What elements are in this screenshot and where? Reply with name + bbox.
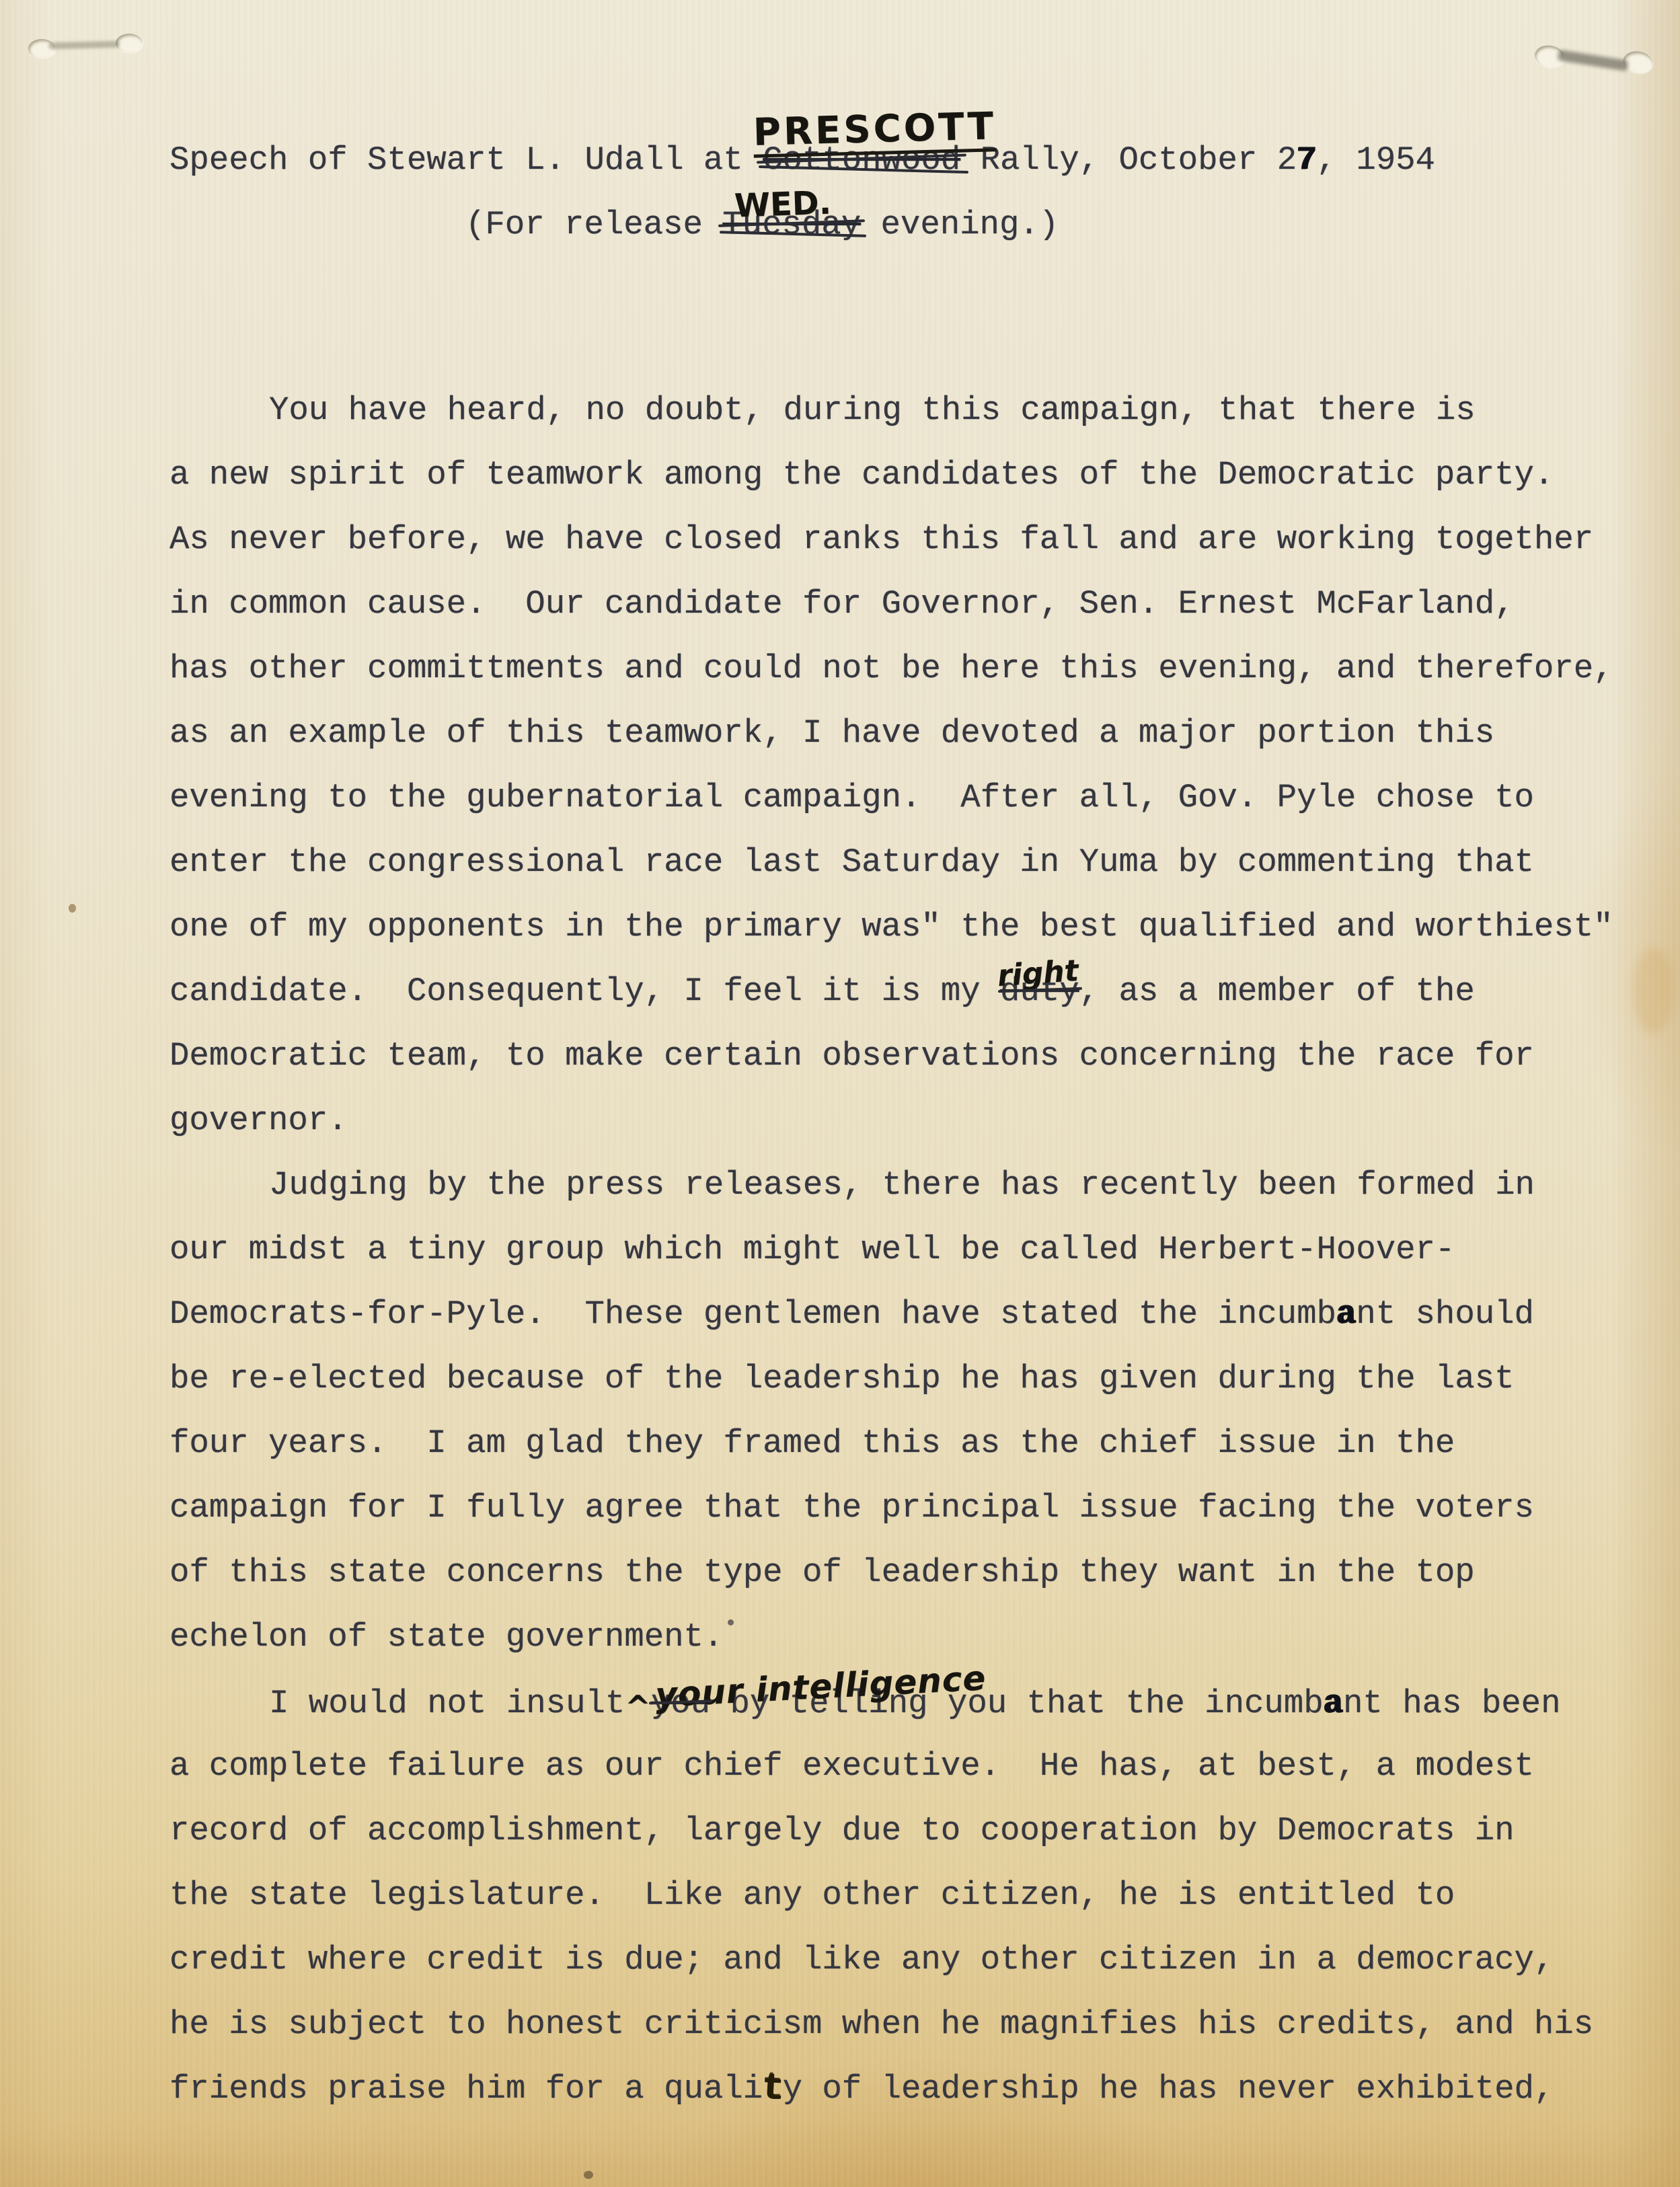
typed-text: As never before, we have closed ranks th… [169, 521, 1593, 558]
overtyped-letter: a [1324, 1685, 1343, 1722]
para2-line4: be re-elected because of the leadership … [169, 1346, 1656, 1411]
staple-mark-left [28, 32, 143, 59]
typed-text: one of my opponents in the primary was" … [169, 908, 1613, 946]
para3-line5: credit where credit is due; and like any… [169, 1927, 1656, 1992]
para2-line7: of this state concerns the type of leade… [169, 1540, 1656, 1605]
paper-fleck [584, 2171, 593, 2179]
typed-text: has other committments and could not be … [169, 650, 1613, 687]
typed-text: I would not insult [269, 1685, 625, 1722]
typed-text: a new spirit of teamwork among the candi… [169, 456, 1554, 494]
para2-line2: our midst a tiny group which might well … [169, 1217, 1656, 1282]
typed-text: y of leadership he has never exhibited, [783, 2070, 1554, 2108]
typed-text: nt should [1356, 1295, 1534, 1333]
typed-text: nt has been [1343, 1685, 1560, 1722]
para1-line9: one of my opponents in the primary was" … [169, 894, 1656, 959]
overtyped-date-digit: 7 [1297, 141, 1316, 179]
staple-smudge [48, 41, 120, 50]
typed-text: as an example of this teamwork, I have d… [169, 714, 1494, 752]
typed-text: he is subject to honest criticism when h… [169, 2005, 1593, 2043]
typed-text: evening to the gubernatorial campaign. A… [169, 779, 1534, 816]
overstruck-letter-t: t [760, 2052, 786, 2125]
para2-line3: Democrats-for-Pyle. These gentlemen have… [169, 1282, 1656, 1346]
handwritten-annotation-wed: WED. [734, 187, 831, 223]
typed-text: (For release [465, 206, 722, 243]
handwritten-annotation-right-note: right [997, 956, 1079, 991]
typed-text: credit where credit is due; and like any… [169, 1941, 1554, 1979]
header-title-line: Speech of Stewart L. Udall at Cottonwood… [169, 128, 1656, 192]
handwritten-caret: ^ [625, 1689, 651, 1725]
typed-text: Democratic team, to make certain observa… [169, 1037, 1534, 1075]
typed-text: Speech of Stewart L. Udall at [169, 141, 763, 179]
para1-line3: As never before, we have closed ranks th… [169, 507, 1656, 572]
para3-line6: he is subject to honest criticism when h… [169, 1992, 1656, 2057]
typed-text: , 1954 [1317, 141, 1435, 179]
typed-text: Democrats-for-Pyle. These gentlemen have… [169, 1295, 1336, 1333]
typed-text: Rally, October 2 [960, 141, 1297, 179]
typed-text: a complete failure as our chief executiv… [169, 1747, 1534, 1785]
para2-line6: campaign for I fully agree that the prin… [169, 1475, 1656, 1540]
paper-fleck [69, 904, 76, 913]
para3-line2: a complete failure as our chief executiv… [169, 1734, 1656, 1798]
typed-text: enter the congressional race last Saturd… [169, 843, 1534, 881]
para1-line12: governor. [169, 1088, 1656, 1153]
handwritten-annotation-prescott: PRESCOTT [753, 108, 997, 157]
para3-line4: the state legislature. Like any other ci… [169, 1863, 1656, 1927]
struck-word-you: youyour intelligence [651, 1671, 710, 1736]
typed-text: four years. I am glad they framed this a… [169, 1424, 1455, 1462]
typed-text: in common cause. Our candidate for Gover… [169, 585, 1515, 623]
para3-line3: record of accomplishment, largely due to… [169, 1798, 1656, 1863]
para1-line2: a new spirit of teamwork among the candi… [169, 443, 1656, 507]
para2-line5: four years. I am glad they framed this a… [169, 1411, 1656, 1475]
para3-line1: I would not insult^youyour intelligence … [269, 1669, 1656, 1734]
typed-text: the state legislature. Like any other ci… [169, 1876, 1455, 1914]
para2-line8: echelon of state government. [169, 1605, 1656, 1669]
para1-line10: candidate. Consequently, I feel it is my… [169, 959, 1656, 1024]
typed-text: be re-elected because of the leadership … [169, 1360, 1515, 1397]
para1-line5: has other committments and could not be … [169, 636, 1656, 701]
typed-text: echelon of state government. [169, 1618, 723, 1656]
overtyped-letter: a [1336, 1295, 1356, 1333]
typed-text: evening.) [861, 206, 1059, 243]
typed-text: candidate. Consequently, I feel it is my [169, 972, 1000, 1010]
header-release-line: (For release TuesdayWED. evening.) [465, 192, 1656, 257]
para1-line8: enter the congressional race last Saturd… [169, 830, 1656, 894]
para1-line4: in common cause. Our candidate for Gover… [169, 572, 1656, 636]
typed-text: campaign for I fully agree that the prin… [169, 1489, 1534, 1527]
para1-line7: evening to the gubernatorial campaign. A… [169, 765, 1656, 830]
struck-day: TuesdayWED. [722, 192, 861, 257]
typed-text: You have heard, no doubt, during this ca… [269, 391, 1476, 429]
typewritten-speech-page: Speech of Stewart L. Udall at Cottonwood… [0, 0, 1680, 2187]
typed-text: our midst a tiny group which might well … [169, 1231, 1455, 1268]
typed-text: of this state concerns the type of leade… [169, 1553, 1475, 1591]
page-content: Speech of Stewart L. Udall at Cottonwood… [169, 0, 1656, 2121]
typed-text: friends praise him for a quali [169, 2070, 763, 2108]
typed-text: , as a member of the [1079, 972, 1475, 1010]
para1-line6: as an example of this teamwork, I have d… [169, 701, 1656, 765]
para3-line7: friends praise him for a quality of lead… [169, 2057, 1656, 2121]
staple-hole [116, 34, 143, 52]
typed-text: Judging by the press releases, there has… [269, 1166, 1535, 1204]
para1-line11: Democratic team, to make certain observa… [169, 1024, 1656, 1088]
typed-text: record of accomplishment, largely due to… [169, 1812, 1515, 1849]
para1-line1: You have heard, no doubt, during this ca… [269, 378, 1656, 443]
typed-text: governor. [169, 1102, 348, 1139]
struck-word-duty: dutyright [1000, 959, 1079, 1024]
struck-location: CottonwoodPRESCOTT [763, 128, 960, 192]
para2-line1: Judging by the press releases, there has… [269, 1153, 1656, 1217]
